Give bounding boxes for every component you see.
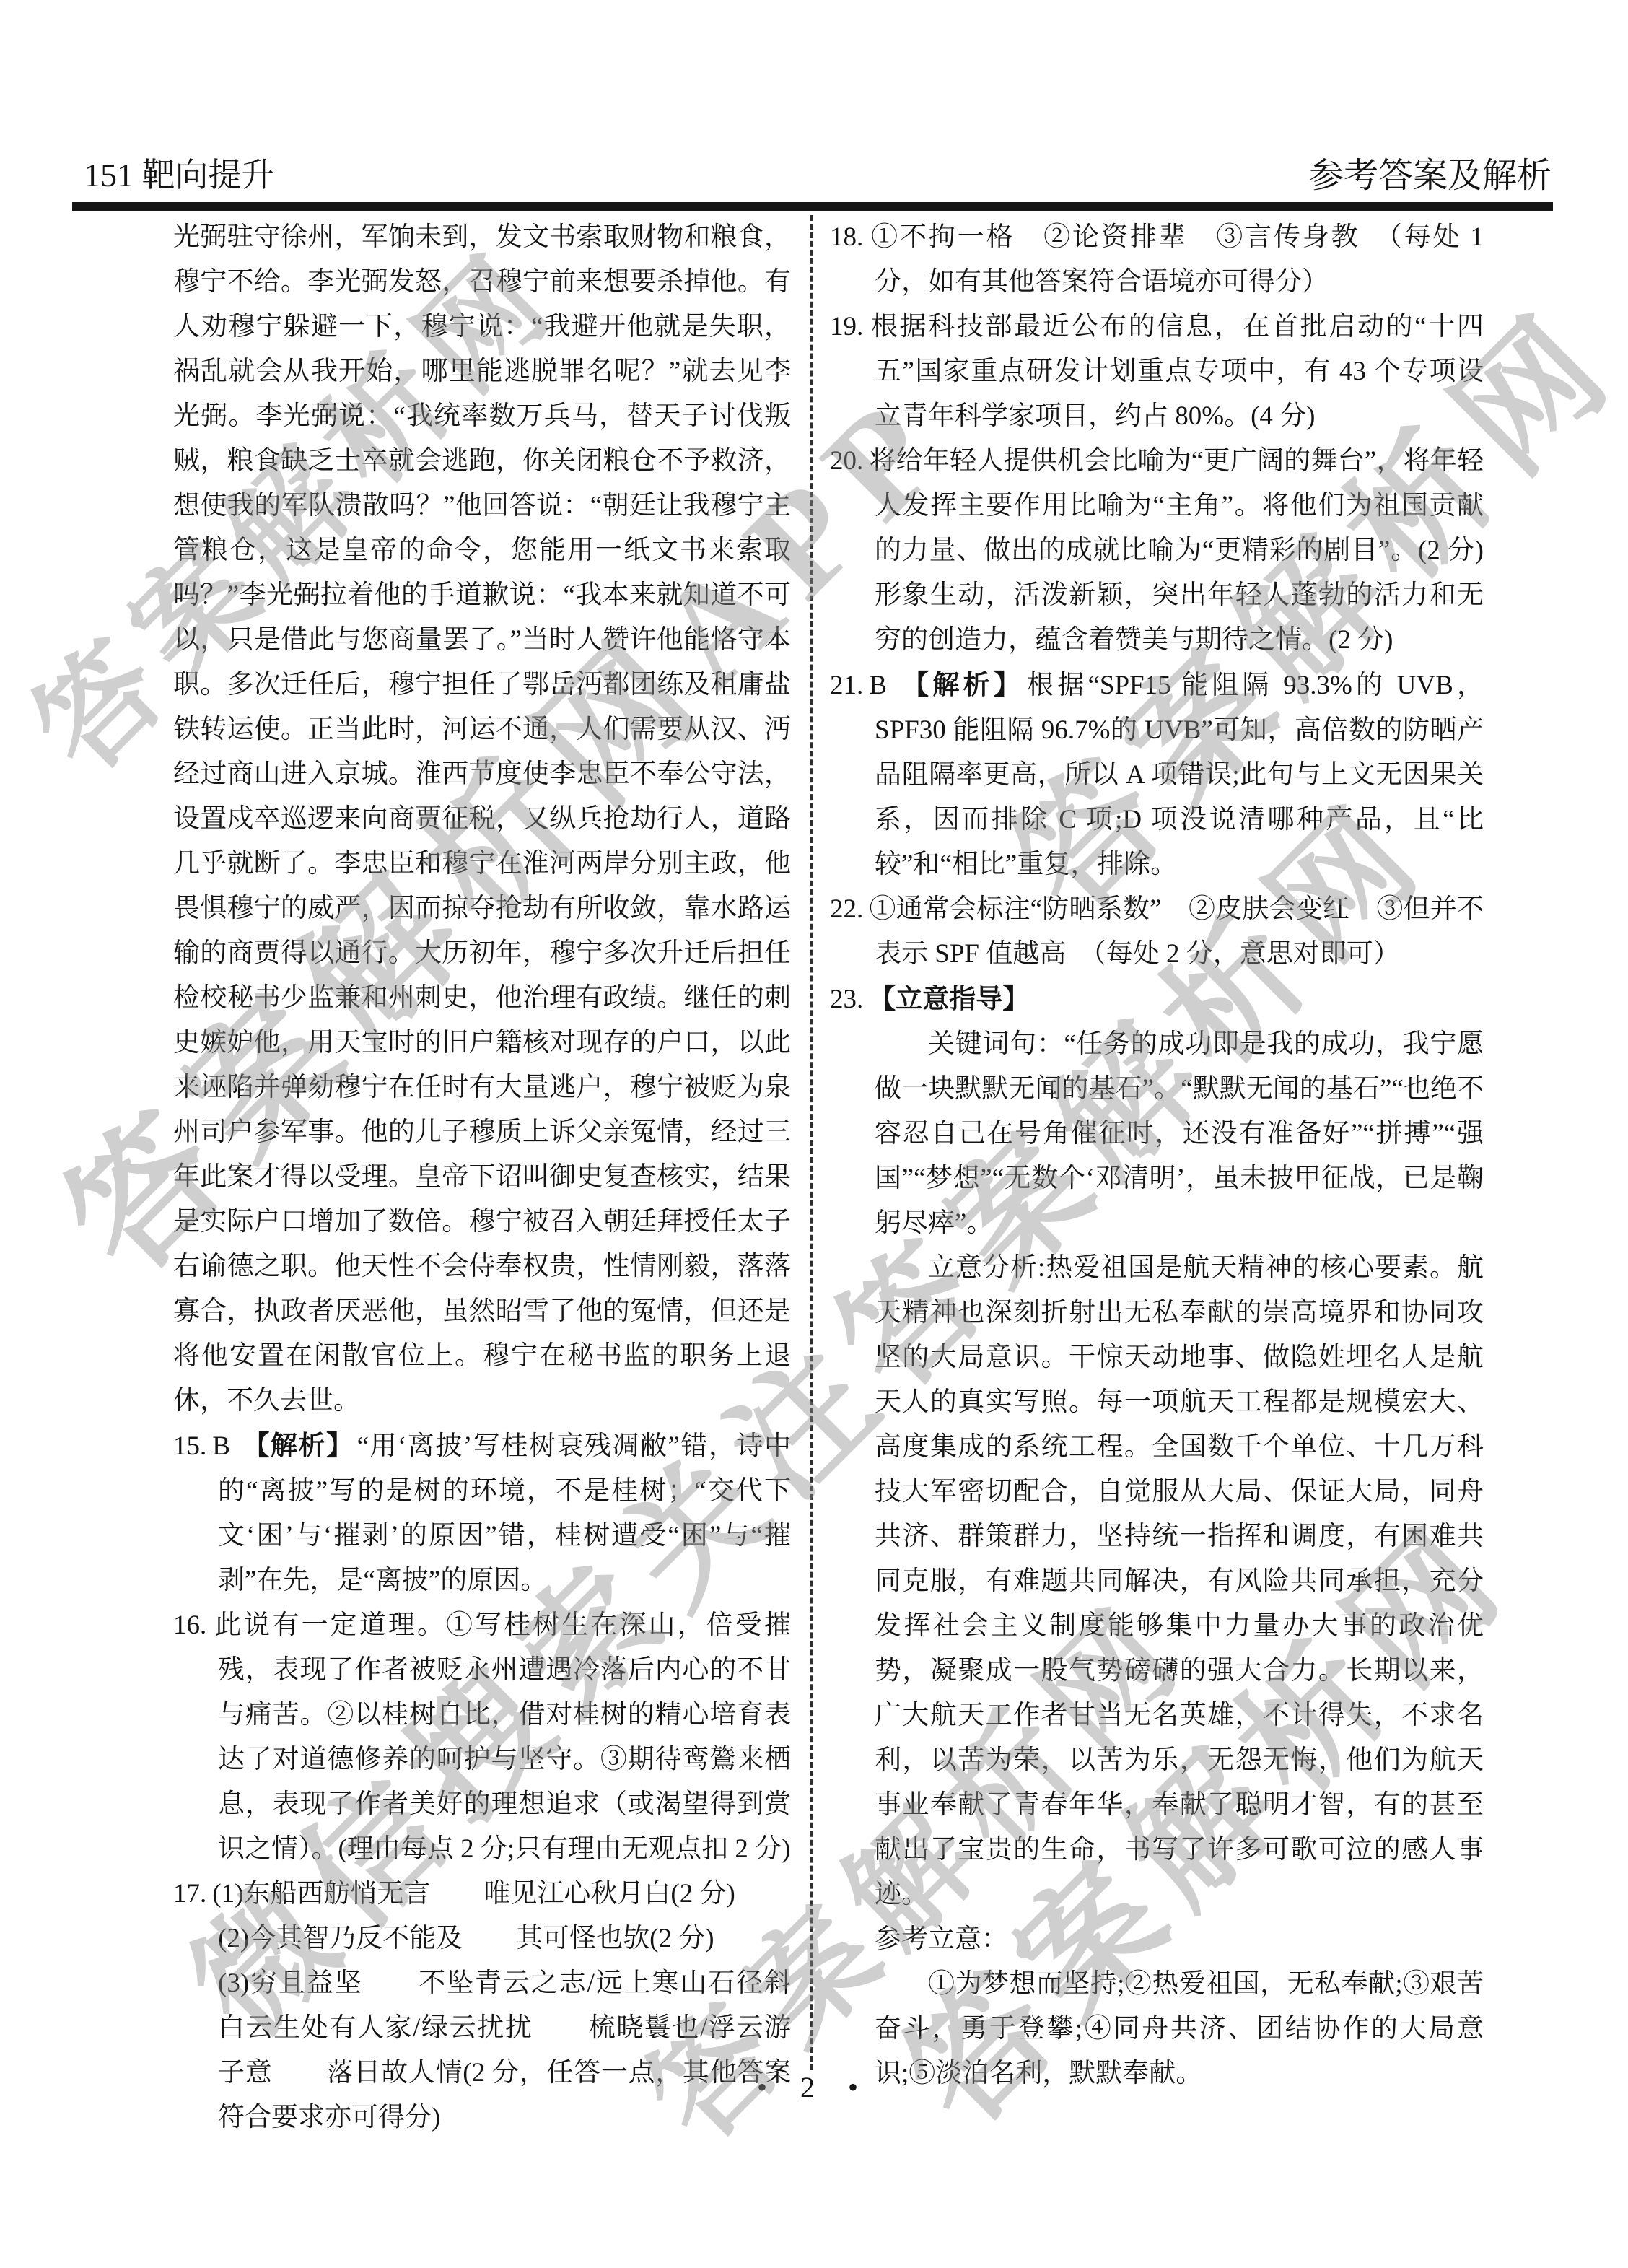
item-number: 21.	[830, 671, 863, 700]
answer-line-3: (3)穷且益坚 不坠青云之志/远上寒山石径斜 白云生处有人家/绿云扰扰 梳晓鬟也…	[218, 1961, 791, 2140]
left-column: 光弼驻守徐州，军饷未到，发文书索取财物和粮食，穆宁不给。李光弼发怒，召穆宁前来想…	[173, 215, 791, 2140]
column-divider	[810, 215, 813, 2070]
answer-text: 根据科技部最近公布的信息，在首批启动的“十四五”国家重点研发计划重点专项中，有 …	[869, 312, 1484, 431]
analysis-label: 【解析】	[242, 1431, 354, 1460]
item-number: 22.	[830, 894, 863, 924]
answer-item-21: 21.B【解析】根据“SPF15 能阻隔 93.3%的 UVB，SPF30 能阻…	[830, 663, 1484, 887]
answer-text: ①通常会标注“防晒系数” ②皮肤会变红 ③但并不表示 SPF 值越高 （每处 2…	[869, 894, 1484, 969]
item-number: 17.	[173, 1879, 206, 1909]
analysis-label: 【解析】	[898, 670, 1024, 699]
answer-text: 将给年轻人提供机会比喻为“更广阔的舞台”，将年轻人发挥主要作用比喻为“主角”。将…	[869, 446, 1484, 655]
item-number: 18.	[830, 222, 863, 252]
answer-text: 此说有一定道理。①写桂树生在深山，倍受摧残，表现了作者被贬永州遭遇冷落后内心的不…	[212, 1610, 791, 1864]
answer-item-22: 22.①通常会标注“防晒系数” ②皮肤会变红 ③但并不表示 SPF 值越高 （每…	[830, 887, 1484, 977]
answer-line-1: (1)东船西舫悄无言 唯见江心秋月白(2 分)	[212, 1879, 735, 1909]
item-number: 19.	[830, 312, 863, 341]
answer-item-15: 15.B【解析】“用‘离披’写桂树衰残凋敝”错，诗中的“离披”写的是树的环境，不…	[173, 1423, 791, 1603]
item-number: 16.	[173, 1610, 206, 1640]
header-rule	[72, 202, 1553, 211]
translation-paragraph: 光弼驻守徐州，军饷未到，发文书索取财物和粮食，穆宁不给。李光弼发怒，召穆宁前来想…	[173, 215, 791, 1423]
guidance-paragraph-keywords: 关键词句：“任务的成功即是我的成功，我宁愿做一块默默无闻的基石”。“默默无闻的基…	[875, 1022, 1484, 1246]
answer-item-16: 16.此说有一定道理。①写桂树生在深山，倍受摧残，表现了作者被贬永州遭遇冷落后内…	[173, 1603, 791, 1872]
answer-item-19: 19.根据科技部最近公布的信息，在首批启动的“十四五”国家重点研发计划重点专项中…	[830, 305, 1484, 439]
right-column: 18.①不拘一格 ②论资排辈 ③言传身教 （每处 1 分，如有其他答案符合语境亦…	[830, 215, 1484, 2096]
page-header-right: 参考答案及解析	[1309, 147, 1552, 197]
item-number: 23.	[830, 985, 863, 1014]
answer-letter: B	[212, 1431, 230, 1461]
answer-text: ①不拘一格 ②论资排辈 ③言传身教 （每处 1 分，如有其他答案符合语境亦可得分…	[869, 222, 1484, 297]
answer-letter: B	[869, 671, 887, 700]
item-number: 20.	[830, 446, 863, 476]
guidance-paragraph-analysis: 立意分析:热爱祖国是航天精神的核心要素。航天精神也深刻折射出无私奉献的崇高境界和…	[875, 1246, 1484, 1917]
answer-item-20: 20.将给年轻人提供机会比喻为“更广阔的舞台”，将年轻人发挥主要作用比喻为“主角…	[830, 439, 1484, 663]
guidance-label: 【立意指导】	[869, 984, 1029, 1013]
guidance-paragraph-reference-heading: 参考立意：	[875, 1917, 1484, 1962]
answer-line-2: (2)今其智乃反不能及 其可怪也欤(2 分)	[218, 1916, 791, 1961]
answer-item-23: 23.【立意指导】 关键词句：“任务的成功即是我的成功，我宁愿做一块默默无闻的基…	[830, 977, 1484, 2096]
answer-item-18: 18.①不拘一格 ②论资排辈 ③言传身教 （每处 1 分，如有其他答案符合语境亦…	[830, 215, 1484, 305]
answer-text: 根据“SPF15 能阻隔 93.3%的 UVB，SPF30 能阻隔 96.7%的…	[875, 671, 1484, 879]
page-number: • 2 •	[0, 2070, 1628, 2104]
item-number: 15.	[173, 1431, 206, 1461]
page-header-left: 151 靶向提升	[84, 149, 275, 196]
